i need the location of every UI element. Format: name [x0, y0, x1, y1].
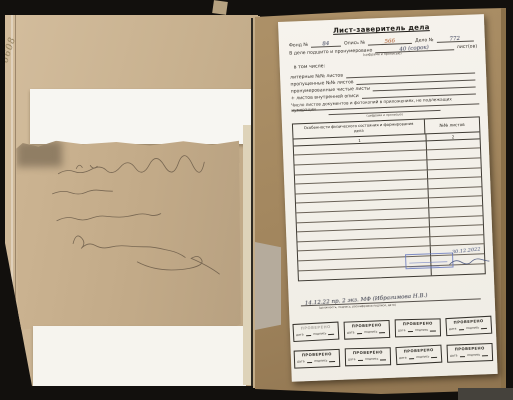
check-stamp: ПРОВЕРЕНОдатаподпись: [447, 343, 494, 363]
check-stamp-title: ПРОВЕРЕНО: [348, 349, 388, 355]
sign-label: подпись: [466, 326, 479, 331]
archival-scan: 6608 Лист-заверитель дела: [0, 0, 513, 400]
paper-sliver: [212, 0, 228, 15]
handwritten-letter-strokes: [16, 139, 241, 330]
sign-label: подпись: [467, 353, 480, 358]
date-label: дата: [348, 357, 356, 361]
delo-field: 772: [436, 34, 474, 42]
check-stamp-title: ПРОВЕРЕНО: [398, 320, 438, 326]
check-stamp-fields: датаподпись: [297, 358, 337, 364]
sign-line: [380, 357, 386, 361]
sign-label: подпись: [313, 332, 326, 337]
inserted-card-edge: [255, 242, 281, 330]
date-label: дата: [399, 356, 407, 360]
date-line: [305, 332, 311, 336]
sign-label: подпись: [364, 330, 377, 335]
tucked-paper-top: [30, 89, 259, 144]
binding-edge-highlight: [11, 15, 13, 386]
sign-line: [379, 329, 385, 333]
check-stamp-fields: датаподпись: [399, 354, 439, 360]
sign-line: [329, 358, 335, 362]
date-line: [356, 330, 362, 334]
sign-line: [430, 328, 436, 332]
stamp-signature-squiggle: [447, 256, 491, 268]
date-line: [459, 353, 465, 357]
date-line: [407, 328, 413, 332]
check-stamp: ПРОВЕРЕНОдатаподпись: [344, 320, 391, 340]
opis-label: Опись №: [344, 41, 365, 47]
fond-field: 84: [311, 40, 341, 48]
including-label: в том числе:: [294, 64, 326, 70]
opis-value: 566: [385, 38, 396, 45]
date-label: дата: [449, 327, 457, 331]
delo-value: 772: [450, 36, 461, 43]
date-line: [306, 359, 312, 363]
table-surface: [458, 388, 513, 400]
tucked-paper-bottom: [33, 326, 246, 397]
sign-label: подпись: [415, 328, 428, 332]
check-stamps-grid: ПРОВЕРЕНОдатаподписьПРОВЕРЕНОдатаподпись…: [293, 316, 494, 369]
sign-label: подпись: [365, 357, 378, 361]
check-stamp: ПРОВЕРЕНОдатаподпись: [345, 347, 391, 366]
check-stamp-title: ПРОВЕРЕНО: [347, 322, 387, 329]
date-label: дата: [297, 360, 305, 364]
check-stamp: ПРОВЕРЕНОдатаподпись: [292, 322, 339, 342]
check-stamp-title: ПРОВЕРЕНО: [297, 351, 337, 358]
check-stamp-fields: датаподпись: [348, 357, 388, 362]
date-line: [408, 355, 414, 359]
binding-edge-line: [15, 15, 16, 386]
check-stamp-fields: датаподпись: [450, 352, 490, 358]
sign-line: [482, 353, 488, 357]
check-stamp-title: ПРОВЕРЕНО: [450, 345, 490, 352]
old-handwritten-letter: [16, 139, 241, 330]
sign-line: [328, 331, 334, 335]
date-label: дата: [347, 331, 355, 335]
stamp-text-squiggle: [406, 258, 450, 271]
check-stamp-title: ПРОВЕРЕНО: [448, 318, 488, 325]
check-stamp: ПРОВЕРЕНОдатаподпись: [395, 318, 441, 337]
sign-line: [481, 325, 487, 329]
check-stamp: ПРОВЕРЕНОдатаподпись: [445, 316, 492, 336]
date-line: [458, 326, 464, 330]
page-edge-strip: [243, 125, 251, 385]
sign-line: [431, 354, 437, 358]
check-stamp-fields: датаподпись: [347, 329, 387, 335]
date-label: дата: [450, 354, 458, 358]
sign-label: подпись: [314, 359, 327, 364]
check-stamp-fields: датаподпись: [449, 325, 489, 331]
check-stamp-fields: датаподпись: [296, 331, 336, 337]
folder-right-edge: [501, 8, 506, 392]
date-label: дата: [296, 333, 304, 337]
date-label: дата: [398, 328, 406, 332]
left-album-page: 6608: [0, 15, 258, 386]
check-stamp-title: ПРОВЕРЕНО: [296, 324, 336, 331]
check-stamp: ПРОВЕРЕНОдатаподпись: [294, 349, 341, 369]
date-line: [357, 357, 363, 361]
blue-office-stamp: [405, 252, 454, 269]
certification-form-sheet: Лист-заверитель дела Фонд № 84 Опись № 5…: [278, 14, 498, 382]
check-stamp-fields: датаподпись: [398, 328, 438, 333]
fond-label: Фонд №: [289, 43, 308, 49]
sign-label: подпись: [416, 355, 429, 360]
delo-label: Дело №: [415, 38, 434, 44]
check-stamp-title: ПРОВЕРЕНО: [399, 347, 439, 354]
fond-value: 84: [322, 41, 329, 47]
check-stamp: ПРОВЕРЕНОдатаподпись: [395, 345, 442, 365]
